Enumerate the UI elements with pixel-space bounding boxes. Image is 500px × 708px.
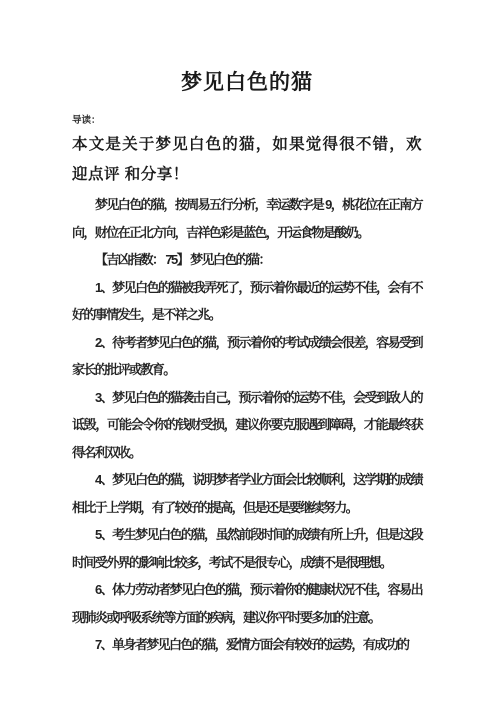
text-block: 梦见白色的猫 导读： 本文是关于梦见白色的猫，如果觉得很不错，欢迎点评 和分享！… (72, 0, 422, 659)
intro-paragraph: 本文是关于梦见白色的猫，如果觉得很不错，欢迎点评 和分享！ (72, 130, 422, 190)
body-paragraph: 梦见白色的猫，按周易五行分析，幸运数字是 9，桃花位在正南方向，财位在正北方向，… (72, 191, 422, 246)
body-paragraph: 1、梦见白色的猫被我弄死了，预示着你最近的运势不佳，会有不好的事情发生，是不祥之… (72, 274, 422, 329)
body-paragraph: 5、考生梦见白色的猫，虽然前段时间的成绩有所上升，但是这段时间受外界的影响比较多… (72, 521, 422, 576)
document-title: 梦见白色的猫 (72, 0, 422, 96)
body-paragraph: 【吉凶指数： 75】 梦见白色的猫： (72, 246, 422, 274)
document-page: 梦见白色的猫 导读： 本文是关于梦见白色的猫，如果觉得很不错，欢迎点评 和分享！… (0, 0, 500, 708)
body-paragraph: 2、待考者梦见白色的猫，预示着你的考试成绩会很差，容易受到家长的批评或教育。 (72, 329, 422, 384)
body-paragraph: 4、梦见白色的猫，说明梦者学业方面会比较顺利，这学期的成绩相比于上学期，有了较好… (72, 466, 422, 521)
body-paragraph: 3、梦见白色的猫袭击自己，预示着你的运势不佳，会受到敌人的诋毁，可能会令你的钱财… (72, 384, 422, 467)
lead-label: 导读： (72, 112, 422, 126)
body-paragraph: 6、体力劳动者梦见白色的猫，预示着你的健康状况不佳，容易出现肺炎或呼吸系统等方面… (72, 576, 422, 631)
body-paragraph: 7、单身者梦见白色的猫，爱情方面会有较好的运势，有成功的 (72, 631, 422, 659)
article-body: 梦见白色的猫，按周易五行分析，幸运数字是 9，桃花位在正南方向，财位在正北方向，… (72, 191, 422, 659)
